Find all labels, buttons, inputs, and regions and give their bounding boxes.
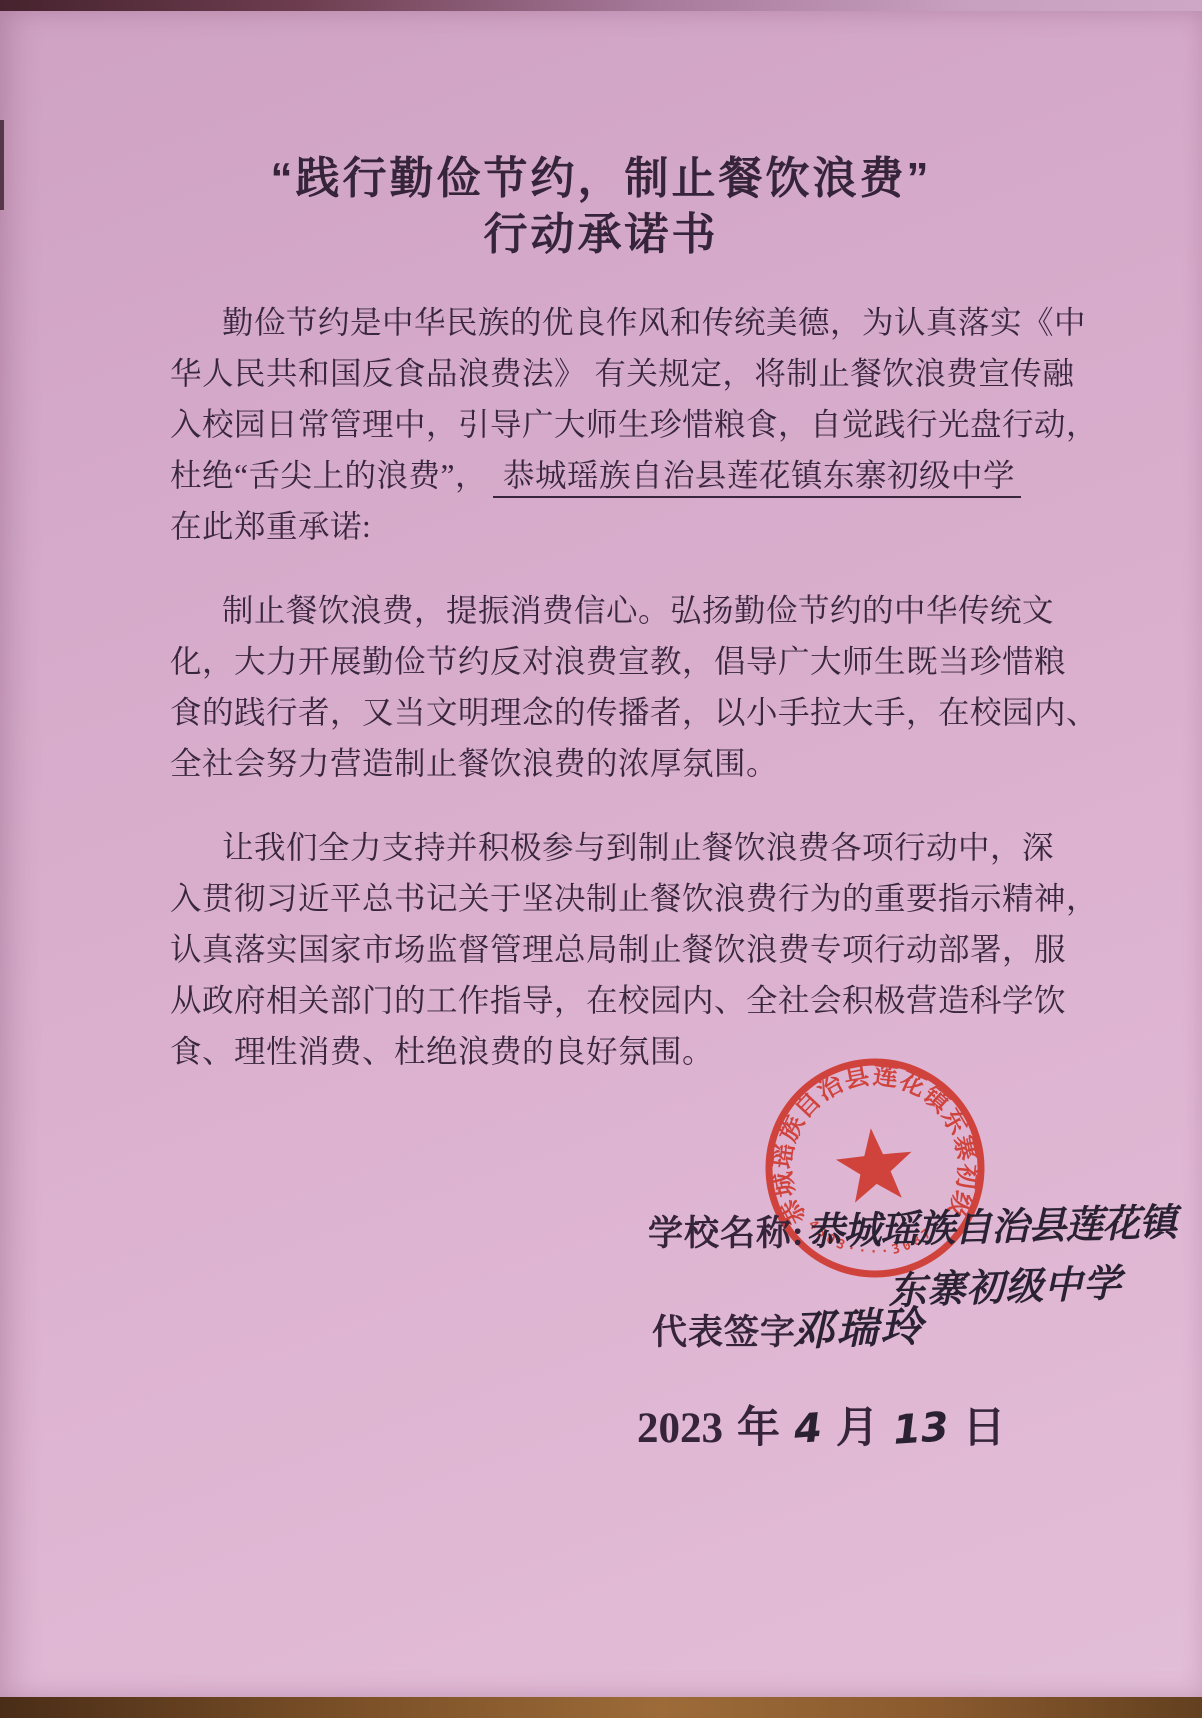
seal-star-icon — [833, 1124, 916, 1204]
date-line: 2023 年 4 月 13 日 — [637, 1394, 1020, 1455]
body-line: 化，大力开展勤俭节约反对浪费宣教，倡导广大师生既当珍惜粮 — [170, 636, 1018, 687]
representative-signature-label: 代表签字: — [652, 1305, 809, 1355]
photo-left-edge-shadow — [0, 120, 4, 210]
date-day-handwritten: 13 — [891, 1404, 950, 1454]
body-line: 勤俭节约是中华民族的优良作风和传统美德，为认真落实《中 — [170, 297, 1018, 348]
photo-bottom-edge-desk — [0, 1697, 1202, 1718]
body-line: 入校园日常管理中，引导广大师生珍惜粮食，自觉践行光盘行动， — [170, 399, 1018, 450]
date-year: 2023 — [637, 1404, 723, 1453]
document-title-line2: 行动承诺书 — [0, 198, 1202, 262]
body-line: 在此郑重承诺: — [170, 501, 1018, 552]
paragraph-3: 让我们全力支持并积极参与到制止餐饮浪费各项行动中，深 入贯彻习近平总书记关于坚决… — [170, 822, 1018, 1077]
photo-top-edge — [0, 0, 1202, 11]
photo-background: “践行勤俭节约，制止餐饮浪费” 行动承诺书 勤俭节约是中华民族的优良作风和传统美… — [0, 0, 1202, 1718]
body-line: 食的践行者，又当文明理念的传播者，以小手拉大手，在校园内、 — [170, 687, 1018, 738]
paragraph-1: 勤俭节约是中华民族的优良作风和传统美德，为认真落实《中 华人民共和国反食品浪费法… — [170, 297, 1018, 552]
body-line: 从政府相关部门的工作指导，在校园内、全社会积极营造科学饮 — [170, 975, 1018, 1026]
body-line: 让我们全力支持并积极参与到制止餐饮浪费各项行动中，深 — [170, 822, 1018, 873]
document-title-line1: “践行勤俭节约，制止餐饮浪费” — [0, 142, 1202, 206]
paper-document: “践行勤俭节约，制止餐饮浪费” 行动承诺书 勤俭节约是中华民族的优良作风和传统美… — [0, 10, 1202, 1698]
body-line: 入贯彻习近平总书记关于坚决制止餐饮浪费行为的重要指示精神， — [170, 873, 1018, 924]
body-line: 认真落实国家市场监督管理总局制止餐饮浪费专项行动部署，服 — [170, 924, 1018, 975]
date-year-unit: 年 — [737, 1394, 780, 1455]
school-name-label: 学校名称: — [648, 1206, 805, 1256]
school-name-handwritten-line1: 恭城瑶族自治县莲花镇 — [805, 1191, 1176, 1256]
date-day-unit: 日 — [963, 1394, 1006, 1455]
body-line: 全社会努力营造制止餐饮浪费的浓厚氛围。 — [170, 738, 1018, 789]
body-line: 制止餐饮浪费，提振消费信心。弘扬勤俭节约的中华传统文 — [170, 585, 1018, 636]
document-body: 勤俭节约是中华民族的优良作风和传统美德，为认真落实《中 华人民共和国反食品浪费法… — [170, 297, 1018, 1110]
date-month-unit: 月 — [836, 1394, 879, 1455]
body-line-with-school-name: 杜绝“舌尖上的浪费”，恭城瑶族自治县莲花镇东寨初级中学 — [170, 450, 1018, 501]
school-name-underlined: 恭城瑶族自治县莲花镇东寨初级中学 — [493, 458, 1021, 498]
body-line-prefix: 杜绝“舌尖上的浪费”， — [170, 458, 487, 493]
date-month-handwritten: 4 — [792, 1405, 823, 1453]
representative-signature-handwritten: 邓瑞玲 — [791, 1294, 925, 1359]
paragraph-2: 制止餐饮浪费，提振消费信心。弘扬勤俭节约的中华传统文 化，大力开展勤俭节约反对浪… — [170, 585, 1018, 789]
body-line: 华人民共和国反食品浪费法》 有关规定，将制止餐饮浪费宣传融 — [170, 348, 1018, 399]
